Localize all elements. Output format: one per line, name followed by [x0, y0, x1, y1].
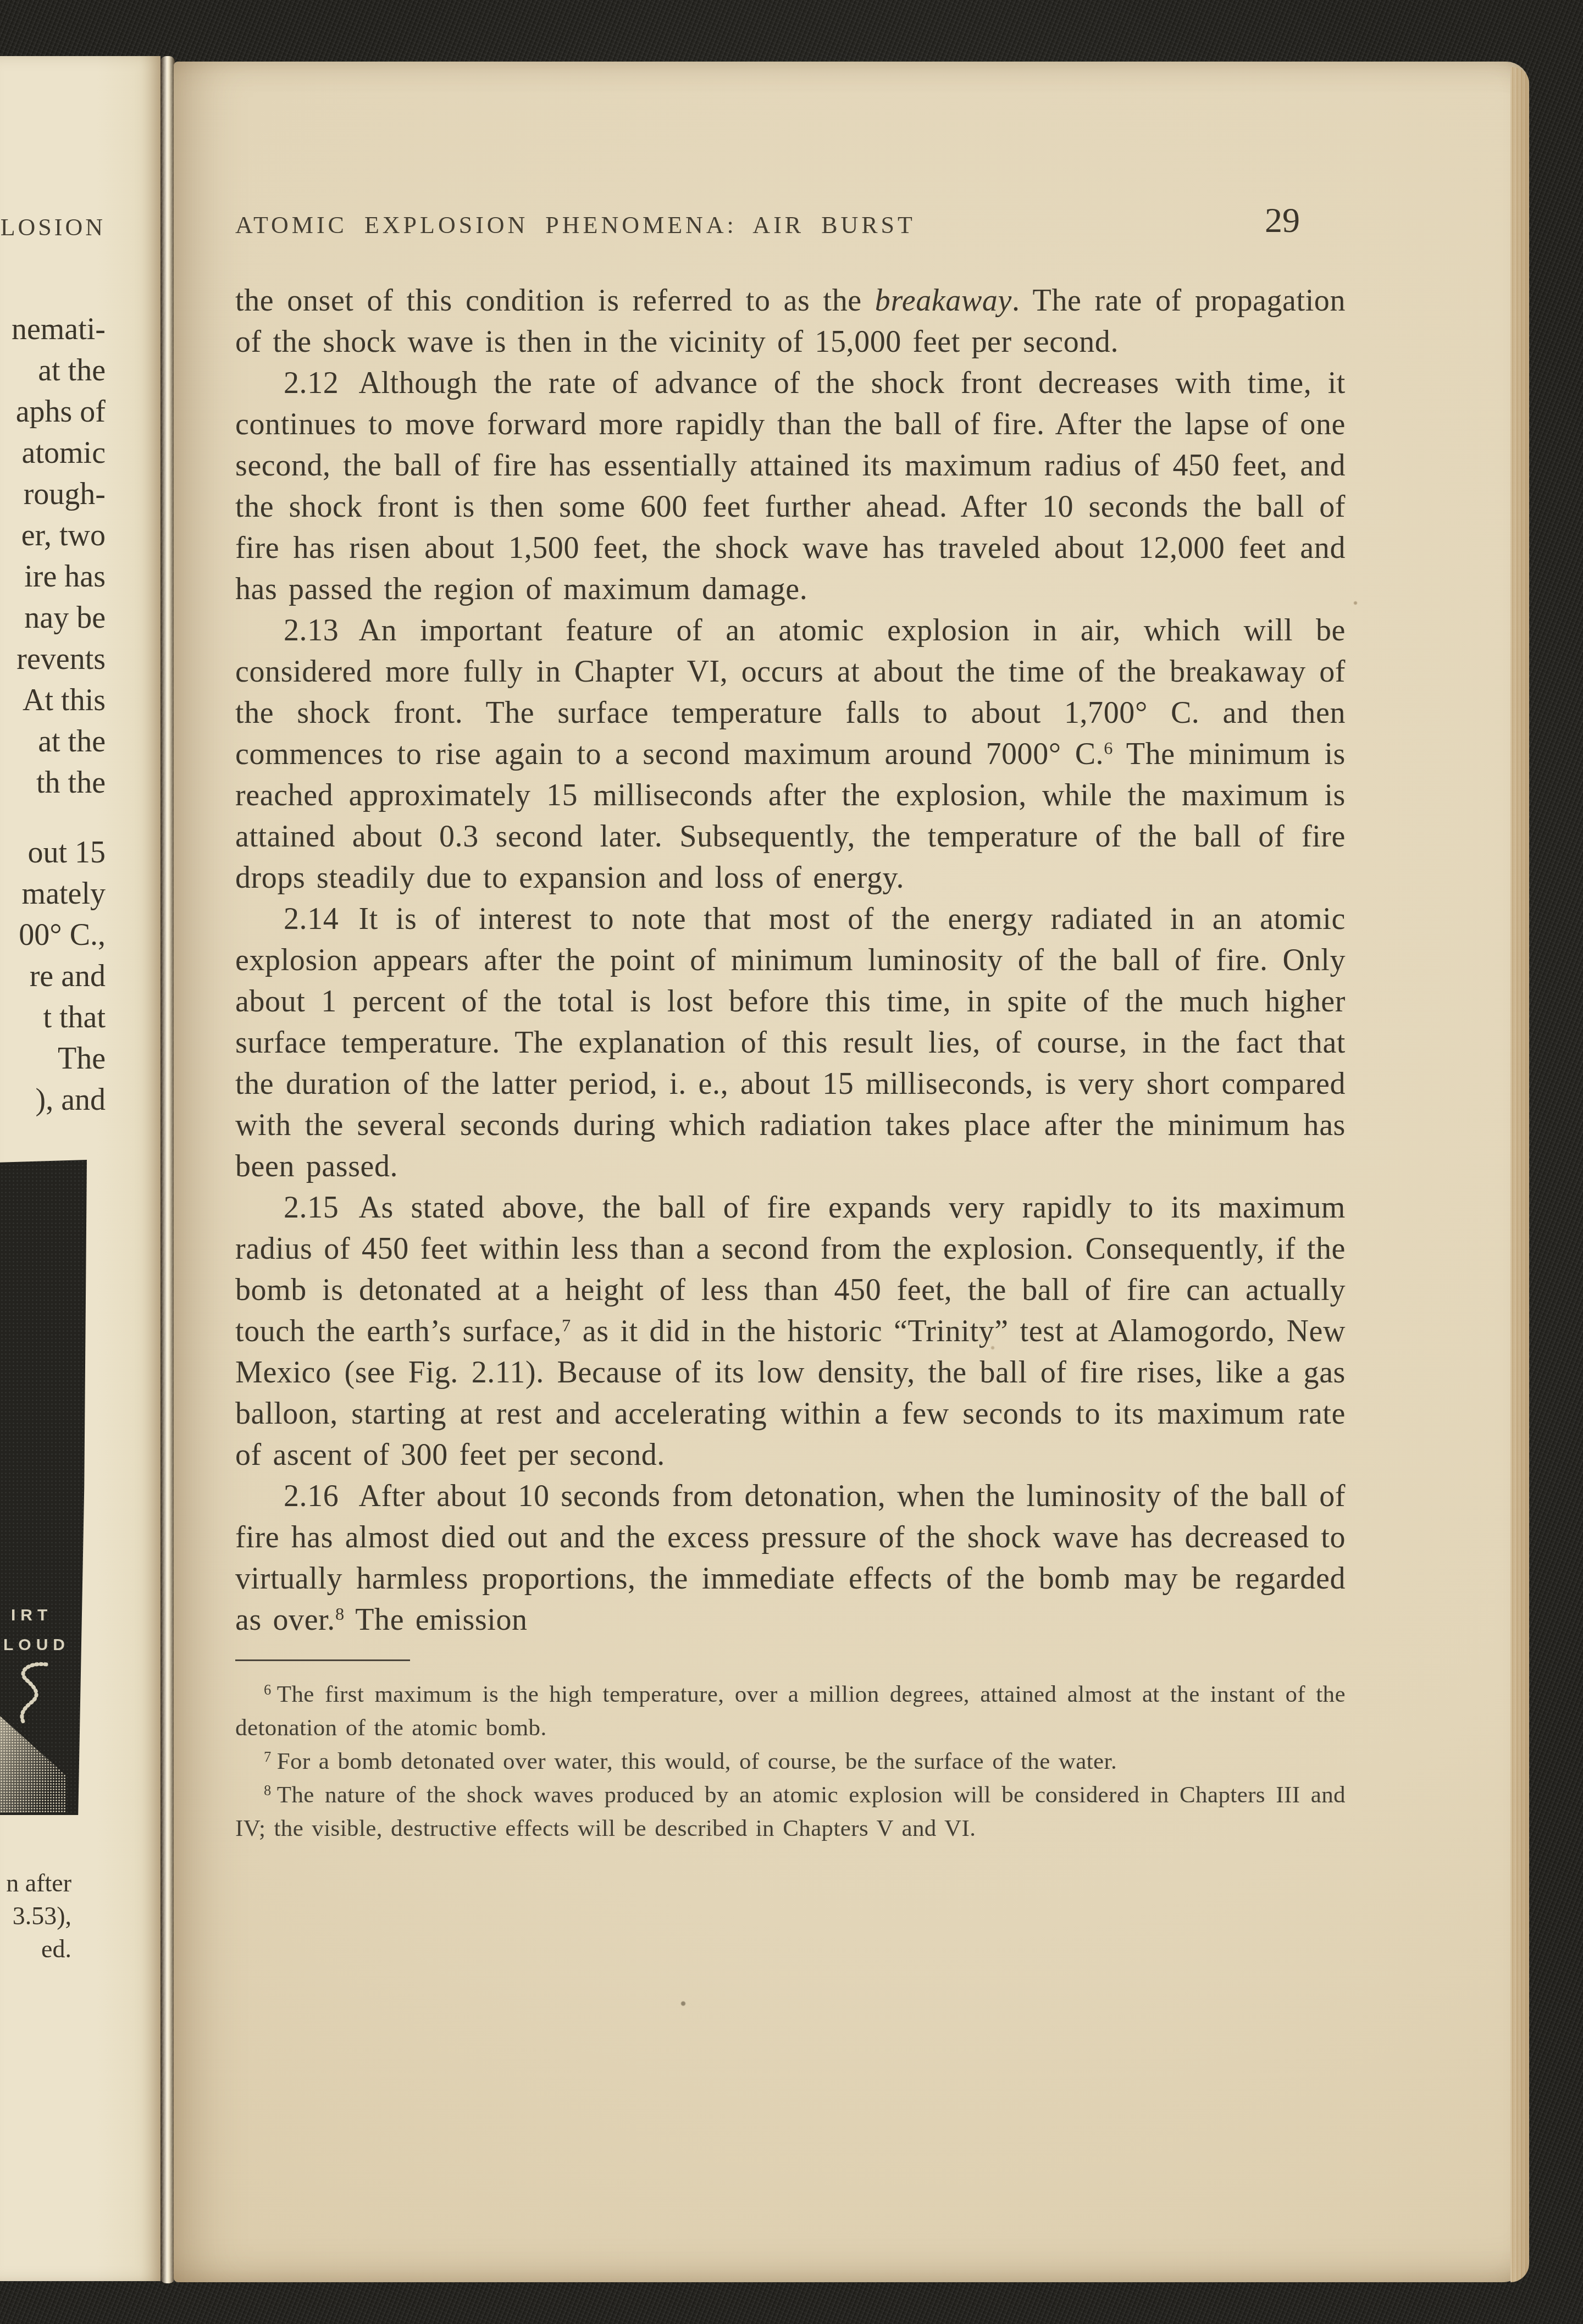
text-fragment-line: ire has	[12, 556, 106, 597]
paragraph-continued: the onset of this condition is referred …	[235, 280, 1346, 363]
footnote-reference: 6	[1104, 739, 1113, 759]
text-fragment-line: re and	[19, 956, 106, 997]
text-fragment-line: mately	[19, 873, 106, 915]
page-number: 29	[1265, 200, 1300, 241]
footnote-marker: 8	[264, 1782, 272, 1799]
text-fragment-line: aphs of	[12, 391, 106, 433]
footnote-7: 7For a bomb detonated over water, this w…	[235, 1745, 1346, 1778]
text-fragment-line: The	[19, 1038, 106, 1080]
footnote-8: 8The nature of the shock waves produced …	[235, 1778, 1346, 1845]
figure-label-cloud: LOUD	[3, 1636, 70, 1655]
footnote-marker: 6	[264, 1681, 272, 1698]
left-page-text-fragments-upper: nemati-at theaphs ofatomicrough-er, twoi…	[12, 309, 106, 804]
paragraph-number: 2.13	[284, 613, 339, 648]
book-page: ATOMIC EXPLOSION PHENOMENA: AIR BURST 29…	[174, 62, 1529, 2282]
footnotes: 6The first maximum is the high temperatu…	[235, 1678, 1346, 1845]
text-fragment-line: t that	[19, 997, 106, 1038]
text-fragment-line: atomic	[12, 433, 106, 474]
paragraph-2.13: 2.13An important feature of an atomic ex…	[235, 610, 1346, 899]
text-fragment-line: nay be	[12, 597, 106, 639]
paragraph-number: 2.14	[284, 902, 339, 936]
footnote-rule	[235, 1659, 410, 1661]
caption-fragment-line: ed.	[6, 1933, 71, 1966]
paragraph-2.16: 2.16After about 10 seconds from detonati…	[235, 1476, 1346, 1641]
paragraph-number: 2.12	[284, 366, 339, 400]
paragraph-number: 2.16	[284, 1479, 339, 1513]
caption-fragment-line: 3.53),	[6, 1900, 71, 1933]
footnote-reference: 7	[562, 1316, 571, 1336]
left-running-header-fragment: LOSION	[1, 213, 106, 241]
book-scan: LOSION nemati-at theaphs ofatomicrough-e…	[0, 0, 1583, 2324]
text-fragment-line: nemati-	[12, 309, 106, 350]
running-header: ATOMIC EXPLOSION PHENOMENA: AIR BURST	[235, 211, 916, 239]
text-fragment-line: er, two	[12, 515, 106, 556]
body-text: the onset of this condition is referred …	[235, 280, 1346, 1845]
paragraph-2.15: 2.15As stated above, the ball of fire ex…	[235, 1187, 1346, 1476]
text-fragment-line: th the	[12, 762, 106, 804]
caption-fragment-line: n after	[6, 1867, 71, 1900]
curved-arrow-icon	[12, 1661, 51, 1724]
text-fragment-line: at the	[12, 721, 106, 762]
footnote-marker: 7	[264, 1748, 272, 1765]
left-page-text-fragments-lower: out 15mately00° C.,re andt thatThe), and	[19, 832, 106, 1121]
figure-label-dirt: IRT	[11, 1606, 52, 1625]
page-gutter-ridge	[160, 56, 175, 2283]
footnote-reference: 8	[335, 1604, 345, 1624]
left-caption-fragments: n after3.53),ed.	[6, 1867, 71, 1966]
text-fragment-line: out 15	[19, 832, 106, 873]
text-fragment-line: revents	[12, 639, 106, 680]
paragraph-2.14: 2.14It is of interest to note that most …	[235, 899, 1346, 1187]
figure-photo-fragment: IRT LOUD	[0, 1160, 87, 1815]
paragraph-2.12: 2.12Although the rate of advance of the …	[235, 363, 1346, 610]
text-fragment-line: At this	[12, 680, 106, 721]
text-fragment-line: rough-	[12, 474, 106, 515]
left-page-sliver: LOSION nemati-at theaphs ofatomicrough-e…	[0, 56, 160, 2281]
paragraph-number: 2.15	[284, 1191, 339, 1225]
text-fragment-line: 00° C.,	[19, 915, 106, 956]
footnote-6: 6The first maximum is the high temperatu…	[235, 1678, 1346, 1745]
text-fragment-line: ), and	[19, 1080, 106, 1121]
text-fragment-line: at the	[12, 350, 106, 391]
